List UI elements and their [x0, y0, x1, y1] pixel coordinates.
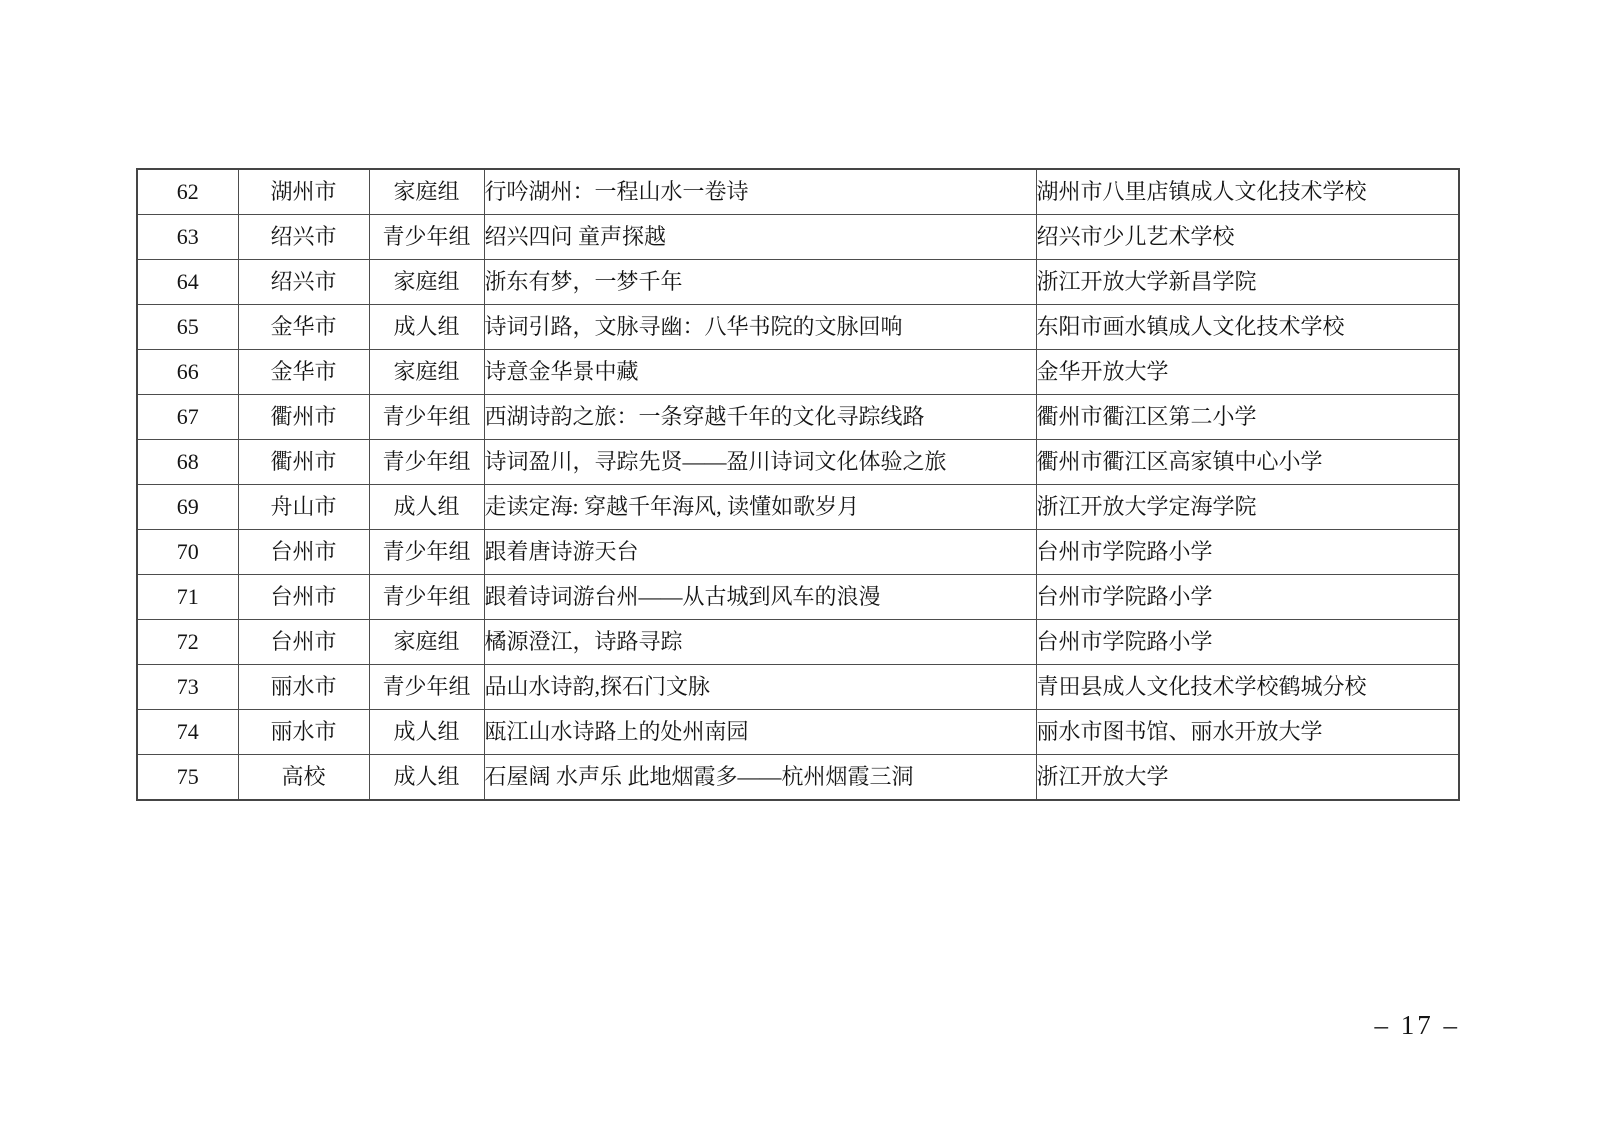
entry-city-cell: 金华市 — [238, 305, 369, 350]
entry-city-cell: 丽水市 — [238, 710, 369, 755]
entry-organization-cell: 湖州市八里店镇成人文化技术学校 — [1036, 169, 1459, 215]
entry-city-cell: 台州市 — [238, 620, 369, 665]
entry-title-cell: 跟着唐诗游天台 — [484, 530, 1036, 575]
table-row: 73 丽水市 青少年组 品山水诗韵,探石门文脉 青田县成人文化技术学校鹤城分校 — [137, 665, 1459, 710]
entry-organization-cell: 浙江开放大学 — [1036, 755, 1459, 801]
table-row: 62 湖州市 家庭组 行吟湖州：一程山水一卷诗 湖州市八里店镇成人文化技术学校 — [137, 169, 1459, 215]
entry-title-cell: 诗词引路，文脉寻幽：八华书院的文脉回响 — [484, 305, 1036, 350]
entry-number-cell: 66 — [137, 350, 238, 395]
entry-organization-cell: 台州市学院路小学 — [1036, 575, 1459, 620]
table-row: 67 衢州市 青少年组 西湖诗韵之旅：一条穿越千年的文化寻踪线路 衢州市衢江区第… — [137, 395, 1459, 440]
table-row: 69 舟山市 成人组 走读定海: 穿越千年海风, 读懂如歌岁月 浙江开放大学定海… — [137, 485, 1459, 530]
entry-number-cell: 64 — [137, 260, 238, 305]
entry-number-cell: 68 — [137, 440, 238, 485]
entry-organization-cell: 台州市学院路小学 — [1036, 620, 1459, 665]
entry-group-cell: 家庭组 — [369, 260, 484, 305]
entry-city-cell: 湖州市 — [238, 169, 369, 215]
entry-group-cell: 青少年组 — [369, 665, 484, 710]
entry-group-cell: 成人组 — [369, 755, 484, 801]
entry-title-cell: 诗词盈川，寻踪先贤——盈川诗词文化体验之旅 — [484, 440, 1036, 485]
table-row: 71 台州市 青少年组 跟着诗词游台州——从古城到风车的浪漫 台州市学院路小学 — [137, 575, 1459, 620]
entry-title-cell: 浙东有梦，一梦千年 — [484, 260, 1036, 305]
entry-organization-cell: 绍兴市少儿艺术学校 — [1036, 215, 1459, 260]
entry-organization-cell: 浙江开放大学定海学院 — [1036, 485, 1459, 530]
entry-number-cell: 71 — [137, 575, 238, 620]
entry-group-cell: 成人组 — [369, 305, 484, 350]
table-row: 64 绍兴市 家庭组 浙东有梦，一梦千年 浙江开放大学新昌学院 — [137, 260, 1459, 305]
table-row: 66 金华市 家庭组 诗意金华景中藏 金华开放大学 — [137, 350, 1459, 395]
entry-city-cell: 丽水市 — [238, 665, 369, 710]
entry-city-cell: 衢州市 — [238, 395, 369, 440]
entry-city-cell: 台州市 — [238, 575, 369, 620]
entry-title-cell: 行吟湖州：一程山水一卷诗 — [484, 169, 1036, 215]
entry-number-cell: 74 — [137, 710, 238, 755]
table-row: 70 台州市 青少年组 跟着唐诗游天台 台州市学院路小学 — [137, 530, 1459, 575]
entry-group-cell: 家庭组 — [369, 620, 484, 665]
entry-group-cell: 青少年组 — [369, 440, 484, 485]
entry-city-cell: 金华市 — [238, 350, 369, 395]
entry-organization-cell: 丽水市图书馆、丽水开放大学 — [1036, 710, 1459, 755]
entry-number-cell: 63 — [137, 215, 238, 260]
entry-title-cell: 石屋阔 水声乐 此地烟霞多——杭州烟霞三洞 — [484, 755, 1036, 801]
entry-city-cell: 高校 — [238, 755, 369, 801]
entry-group-cell: 成人组 — [369, 710, 484, 755]
entry-group-cell: 家庭组 — [369, 350, 484, 395]
table-row: 63 绍兴市 青少年组 绍兴四问 童声探越 绍兴市少儿艺术学校 — [137, 215, 1459, 260]
entry-organization-cell: 东阳市画水镇成人文化技术学校 — [1036, 305, 1459, 350]
entry-number-cell: 69 — [137, 485, 238, 530]
entry-title-cell: 西湖诗韵之旅：一条穿越千年的文化寻踪线路 — [484, 395, 1036, 440]
entry-title-cell: 瓯江山水诗路上的处州南园 — [484, 710, 1036, 755]
entry-title-cell: 品山水诗韵,探石门文脉 — [484, 665, 1036, 710]
entry-title-cell: 诗意金华景中藏 — [484, 350, 1036, 395]
entry-city-cell: 衢州市 — [238, 440, 369, 485]
entry-number-cell: 75 — [137, 755, 238, 801]
entry-organization-cell: 浙江开放大学新昌学院 — [1036, 260, 1459, 305]
entry-group-cell: 青少年组 — [369, 395, 484, 440]
entry-organization-cell: 台州市学院路小学 — [1036, 530, 1459, 575]
entry-city-cell: 台州市 — [238, 530, 369, 575]
entry-city-cell: 舟山市 — [238, 485, 369, 530]
entry-number-cell: 65 — [137, 305, 238, 350]
table-row: 65 金华市 成人组 诗词引路，文脉寻幽：八华书院的文脉回响 东阳市画水镇成人文… — [137, 305, 1459, 350]
table-row: 72 台州市 家庭组 橘源澄江，诗路寻踪 台州市学院路小学 — [137, 620, 1459, 665]
entry-number-cell: 67 — [137, 395, 238, 440]
entry-group-cell: 青少年组 — [369, 530, 484, 575]
entry-title-cell: 走读定海: 穿越千年海风, 读懂如歌岁月 — [484, 485, 1036, 530]
entries-table-body: 62 湖州市 家庭组 行吟湖州：一程山水一卷诗 湖州市八里店镇成人文化技术学校 … — [137, 169, 1459, 800]
entry-organization-cell: 金华开放大学 — [1036, 350, 1459, 395]
entry-city-cell: 绍兴市 — [238, 215, 369, 260]
table-row: 68 衢州市 青少年组 诗词盈川，寻踪先贤——盈川诗词文化体验之旅 衢州市衢江区… — [137, 440, 1459, 485]
table-row: 75 高校 成人组 石屋阔 水声乐 此地烟霞多——杭州烟霞三洞 浙江开放大学 — [137, 755, 1459, 801]
entry-title-cell: 橘源澄江，诗路寻踪 — [484, 620, 1036, 665]
entry-group-cell: 青少年组 — [369, 575, 484, 620]
entries-table: 62 湖州市 家庭组 行吟湖州：一程山水一卷诗 湖州市八里店镇成人文化技术学校 … — [136, 168, 1460, 801]
entry-city-cell: 绍兴市 — [238, 260, 369, 305]
document-page: 62 湖州市 家庭组 行吟湖州：一程山水一卷诗 湖州市八里店镇成人文化技术学校 … — [0, 0, 1600, 1131]
entry-number-cell: 73 — [137, 665, 238, 710]
entry-number-cell: 62 — [137, 169, 238, 215]
entry-organization-cell: 青田县成人文化技术学校鹤城分校 — [1036, 665, 1459, 710]
entry-title-cell: 绍兴四问 童声探越 — [484, 215, 1036, 260]
entry-number-cell: 72 — [137, 620, 238, 665]
entry-title-cell: 跟着诗词游台州——从古城到风车的浪漫 — [484, 575, 1036, 620]
page-number: – 17 – — [1375, 1010, 1461, 1041]
entry-group-cell: 成人组 — [369, 485, 484, 530]
table-row: 74 丽水市 成人组 瓯江山水诗路上的处州南园 丽水市图书馆、丽水开放大学 — [137, 710, 1459, 755]
entry-group-cell: 青少年组 — [369, 215, 484, 260]
entry-organization-cell: 衢州市衢江区第二小学 — [1036, 395, 1459, 440]
entry-organization-cell: 衢州市衢江区高家镇中心小学 — [1036, 440, 1459, 485]
entry-group-cell: 家庭组 — [369, 169, 484, 215]
entry-number-cell: 70 — [137, 530, 238, 575]
